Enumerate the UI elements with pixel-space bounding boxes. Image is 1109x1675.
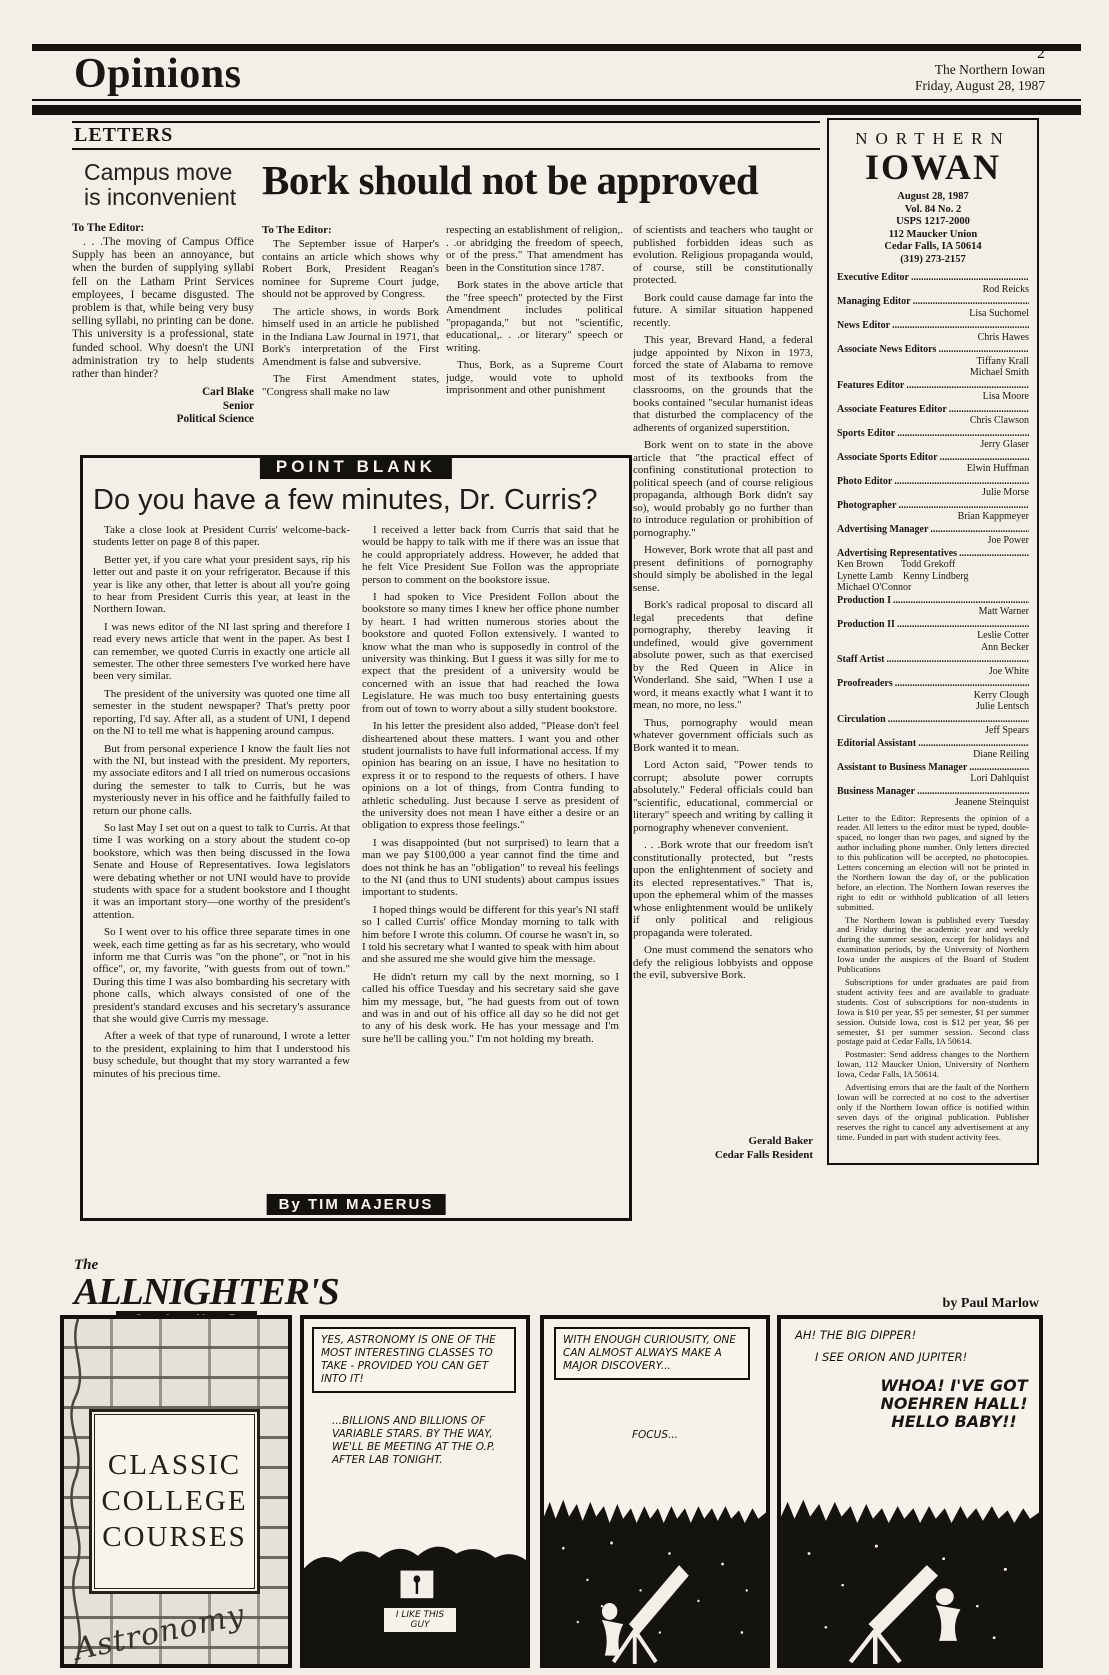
staff-entry: Production I............................…	[837, 595, 1029, 618]
point-blank-paragraph: He didn't return my call by the next mor…	[362, 971, 619, 1045]
comic-panel-2: YES, ASTRONOMY IS ONE OF THE MOST INTERE…	[300, 1315, 530, 1668]
staff-entry: Advertising Manager.....................…	[837, 524, 1029, 547]
staff-role-label: Editorial Assistant.....................…	[837, 738, 1029, 750]
aside-bubble: I LIKE THIS GUY	[382, 1606, 458, 1634]
staff-role-label: Staff Artist............................…	[837, 654, 1029, 666]
staff-entry: Associate Sports Editor.................…	[837, 452, 1029, 475]
staff-role-label: Photo Editor............................…	[837, 476, 1029, 488]
bork-paragraph: Thus, pornography would mean whatever go…	[633, 717, 813, 755]
page-title: Opinions	[74, 50, 241, 98]
staff-person-name: Tiffany Krall	[837, 356, 1029, 368]
bork-paragraph: This year, Brevard Hand, a federal judge…	[633, 334, 813, 434]
staff-role-label: Production II...........................…	[837, 619, 1029, 631]
campus-letter-title: Campus move is inconvenient	[84, 160, 264, 210]
staff-person-name: Jerry Glaser	[837, 439, 1029, 451]
telescope-night-illustration	[781, 1464, 1039, 1664]
comic-line-1: AH! THE BIG DIPPER!	[795, 1329, 916, 1342]
masthead-info-line: 112 Maucker Union	[837, 229, 1029, 242]
astronomy-scrawl: Astronomy	[71, 1598, 248, 1668]
point-blank-paragraph: Take a close look at President Curris' w…	[93, 524, 350, 549]
staff-person-name: Jeanene Steinquist	[837, 797, 1029, 809]
staff-person-name: Matt Warner	[837, 606, 1029, 618]
thick-rule	[32, 105, 1081, 115]
point-blank-paragraph: I received a letter back from Curris tha…	[362, 524, 619, 586]
staff-person-name: Ken Brown Todd Grekoff	[837, 559, 1029, 571]
staff-role-label: Associate Features Editor...............…	[837, 404, 1029, 416]
masthead-name-top: NORTHERN	[837, 129, 1029, 149]
staff-list: Executive Editor........................…	[837, 272, 1029, 809]
staff-person-name: Kerry Clough	[837, 690, 1029, 702]
staff-entry: Business Manager........................…	[837, 786, 1029, 809]
staff-role-label: Assistant to Business Manager...........…	[837, 762, 1029, 774]
staff-person-name: Chris Clawson	[837, 415, 1029, 427]
signature-line: Cedar Falls Resident	[633, 1149, 813, 1163]
comic-caption: ...BILLIONS AND BILLIONS OF VARIABLE STA…	[332, 1415, 518, 1467]
masthead-fine-print: Letter to the Editor: Represents the opi…	[837, 814, 1029, 1143]
staff-person-name: Julie Lentsch	[837, 701, 1029, 713]
bork-letter-salutation: To The Editor:	[262, 224, 439, 236]
publication-name: The Northern Iowan	[785, 62, 1045, 78]
masthead-info-line: Vol. 84 No. 2	[837, 204, 1029, 217]
staff-entry: Production II...........................…	[837, 619, 1029, 654]
masthead-name-main: IOWAN	[837, 149, 1029, 185]
fine-print-paragraph: Postmaster: Send address changes to the …	[837, 1050, 1029, 1080]
masthead-info-line: Cedar Falls, IA 50614	[837, 241, 1029, 254]
signature-line: Carl Blake	[72, 386, 254, 400]
point-blank-column-1: Take a close look at President Curris' w…	[93, 524, 350, 1190]
fine-print-paragraph: Advertising errors that are the fault of…	[837, 1083, 1029, 1142]
staff-person-name: Rod Reicks	[837, 284, 1029, 296]
staff-person-name: Lynette Lamb Kenny Lindberg	[837, 571, 1029, 583]
comic-logo-name: ALLNIGHTER'S	[74, 1274, 339, 1310]
staff-entry: Features Editor.........................…	[837, 380, 1029, 403]
campus-letter-signature: Carl BlakeSeniorPolitical Science	[72, 386, 254, 427]
point-blank-byline: By TIM MAJERUS	[267, 1194, 446, 1215]
bork-paragraph: Bork's radical proposal to discard all l…	[633, 599, 813, 712]
point-blank-kicker: POINT BLANK	[260, 455, 452, 479]
newspaper-page: Opinions 2 The Northern Iowan Friday, Au…	[0, 0, 1109, 1675]
point-blank-paragraph: After a week of that type of runaround, …	[93, 1030, 350, 1080]
bork-paragraph: Bork went on to state in the above artic…	[633, 439, 813, 539]
bork-letter-headline: Bork should not be approved	[262, 156, 814, 204]
fine-print-paragraph: Subscriptions for under graduates are pa…	[837, 978, 1029, 1047]
staff-entry: News Editor.............................…	[837, 320, 1029, 343]
letters-rule-top	[72, 121, 820, 123]
staff-entry: Associate Features Editor...............…	[837, 404, 1029, 427]
bork-letter-column-3: of scientists and teachers who taught or…	[633, 224, 813, 1162]
staff-entry: Managing Editor.........................…	[837, 296, 1029, 319]
point-blank-headline: Do you have a few minutes, Dr. Curris?	[93, 484, 629, 517]
bork-letter-column-2: respecting an establishment of religion,…	[446, 224, 623, 454]
point-blank-paragraph: I hoped things would be different for th…	[362, 904, 619, 966]
point-blank-box: POINT BLANK Do you have a few minutes, D…	[80, 455, 632, 1221]
staff-role-label: Managing Editor.........................…	[837, 296, 1029, 308]
signature-line: Senior	[72, 400, 254, 414]
staff-person-name: Joe Power	[837, 535, 1029, 547]
staff-entry: Advertising Representatives.............…	[837, 548, 1029, 594]
bork-paragraph: . . .Bork wrote that our freedom isn't c…	[633, 839, 813, 939]
comic-caption-box: WITH ENOUGH CURIOUSITY, ONE CAN ALMOST A…	[554, 1327, 750, 1380]
staff-role-label: Sports Editor...........................…	[837, 428, 1029, 440]
comic-shout: WHOA! I'VE GOT NOEHREN HALL! HELLO BABY!…	[879, 1377, 1029, 1431]
signature-line: Political Science	[72, 413, 254, 427]
bork-paragraph: The First Amendment states, "Congress sh…	[262, 373, 439, 398]
page-number: 2	[785, 46, 1045, 62]
staff-entry: Sports Editor...........................…	[837, 428, 1029, 451]
thin-rule	[32, 99, 1081, 101]
point-blank-paragraph: In his letter the president also added, …	[362, 720, 619, 832]
point-blank-paragraph: So last May I set out on a quest to talk…	[93, 822, 350, 921]
staff-entry: Photo Editor............................…	[837, 476, 1029, 499]
staff-person-name: Lori Dahlquist	[837, 773, 1029, 785]
point-blank-paragraph: But from personal experience I know the …	[93, 743, 350, 817]
staff-entry: Editorial Assistant.....................…	[837, 738, 1029, 761]
publication-date: Friday, August 28, 1987	[785, 78, 1045, 94]
staff-person-name: Diane Reiling	[837, 749, 1029, 761]
bork-paragraph: However, Bork wrote that all past and pr…	[633, 544, 813, 594]
bork-paragraph: respecting an establishment of religion,…	[446, 224, 623, 274]
fine-print-paragraph: Letter to the Editor: Represents the opi…	[837, 814, 1029, 913]
fine-print-paragraph: The Northern Iowan is published every Tu…	[837, 916, 1029, 975]
staff-role-label: Advertising Representatives.............…	[837, 548, 1029, 560]
bork-paragraph: One must commend the senators who defy t…	[633, 944, 813, 982]
staff-person-name: Lisa Moore	[837, 391, 1029, 403]
staff-entry: Staff Artist............................…	[837, 654, 1029, 677]
staff-entry: Photographer............................…	[837, 500, 1029, 523]
staff-person-name: Julie Morse	[837, 487, 1029, 499]
staff-entry: Associate News Editors..................…	[837, 344, 1029, 379]
masthead-info-line: USPS 1217-2000	[837, 216, 1029, 229]
comic-credit: by Paul Marlow	[943, 1296, 1039, 1312]
letters-rule-bottom	[72, 148, 820, 150]
masthead-info: August 28, 1987Vol. 84 No. 2USPS 1217-20…	[837, 191, 1029, 266]
staff-person-name: Michael O'Connor	[837, 582, 1029, 594]
page-header-right: 2 The Northern Iowan Friday, August 28, …	[785, 46, 1045, 94]
staff-person-name: Chris Hawes	[837, 332, 1029, 344]
comic-panel-1: CLASSIC COLLEGE COURSES Astronomy	[60, 1315, 292, 1668]
staff-person-name: Ann Becker	[837, 642, 1029, 654]
focus-label: FOCUS...	[632, 1429, 678, 1442]
comic-panel-3: WITH ENOUGH CURIOUSITY, ONE CAN ALMOST A…	[540, 1315, 770, 1668]
point-blank-column-2: I received a letter back from Curris tha…	[362, 524, 619, 1190]
staff-role-label: Photographer............................…	[837, 500, 1029, 512]
staff-person-name: Joe White	[837, 666, 1029, 678]
letters-section-header: LETTERS	[74, 124, 173, 147]
comic-panel-4: AH! THE BIG DIPPER! I SEE ORION AND JUPI…	[777, 1315, 1043, 1668]
staff-role-label: Associate Sports Editor.................…	[837, 452, 1029, 464]
classic-college-courses-sign: CLASSIC COLLEGE COURSES	[89, 1409, 261, 1594]
staff-person-name: Michael Smith	[837, 367, 1029, 379]
comic-line-2: I SEE ORION AND JUPITER!	[815, 1351, 967, 1364]
staff-person-name: Elwin Huffman	[837, 463, 1029, 475]
bork-paragraph: Bork states in the above article that th…	[446, 279, 623, 354]
staff-entry: Assistant to Business Manager...........…	[837, 762, 1029, 785]
speech-balloon: YES, ASTRONOMY IS ONE OF THE MOST INTERE…	[312, 1327, 516, 1393]
staff-entry: Executive Editor........................…	[837, 272, 1029, 295]
point-blank-columns: Take a close look at President Curris' w…	[93, 524, 619, 1190]
point-blank-paragraph: The president of the university was quot…	[93, 688, 350, 738]
bork-letter-signature: Gerald BakerCedar Falls Resident	[633, 1135, 813, 1162]
staff-role-label: Circulation.............................…	[837, 714, 1029, 726]
point-blank-paragraph: Better yet, if you care what your presid…	[93, 554, 350, 616]
staff-role-label: Associate News Editors..................…	[837, 344, 1029, 356]
staff-role-label: Business Manager........................…	[837, 786, 1029, 798]
bork-paragraph: of scientists and teachers who taught or…	[633, 224, 813, 287]
staff-role-label: Proofreaders............................…	[837, 678, 1029, 690]
bork-letter-column-1: To The Editor: The September issue of Ha…	[262, 224, 439, 454]
bork-paragraph: Bork could cause damage far into the fut…	[633, 292, 813, 330]
staff-role-label: News Editor.............................…	[837, 320, 1029, 332]
point-blank-paragraph: I was disappointed (but not surprised) t…	[362, 837, 619, 899]
bork-paragraph: The article shows, in words Bork himself…	[262, 306, 439, 369]
staff-person-name: Leslie Cotter	[837, 630, 1029, 642]
masthead-box: NORTHERN IOWAN August 28, 1987Vol. 84 No…	[827, 118, 1039, 1165]
campus-letter-salutation: To The Editor:	[72, 222, 254, 234]
bork-paragraph: The September issue of Harper's contains…	[262, 238, 439, 301]
staff-person-name: Lisa Suchomel	[837, 308, 1029, 320]
signature-line: Gerald Baker	[633, 1135, 813, 1149]
staff-role-label: Features Editor.........................…	[837, 380, 1029, 392]
telescope-night-illustration	[544, 1464, 766, 1664]
staff-role-label: Executive Editor........................…	[837, 272, 1029, 284]
staff-role-label: Advertising Manager.....................…	[837, 524, 1029, 536]
campus-letter: To The Editor: . . .The moving of Campus…	[72, 222, 254, 456]
staff-entry: Circulation.............................…	[837, 714, 1029, 737]
classroom-illustration	[304, 1526, 526, 1664]
point-blank-paragraph: So I went over to his office three separ…	[93, 926, 350, 1025]
bork-paragraph: Thus, Bork, as a Supreme Court judge, wo…	[446, 359, 623, 397]
staff-person-name: Brian Kappmeyer	[837, 511, 1029, 523]
staff-person-name: Jeff Spears	[837, 725, 1029, 737]
point-blank-paragraph: I was news editor of the NI last spring …	[93, 621, 350, 683]
staff-entry: Proofreaders............................…	[837, 678, 1029, 713]
masthead-info-line: August 28, 1987	[837, 191, 1029, 204]
masthead-info-line: (319) 273-2157	[837, 254, 1029, 267]
point-blank-paragraph: I had spoken to Vice President Follon ab…	[362, 591, 619, 715]
staff-role-label: Production I............................…	[837, 595, 1029, 607]
campus-letter-paragraph: . . .The moving of Campus Office Supply …	[72, 236, 254, 381]
bork-paragraph: Lord Acton said, "Power tends to corrupt…	[633, 759, 813, 834]
